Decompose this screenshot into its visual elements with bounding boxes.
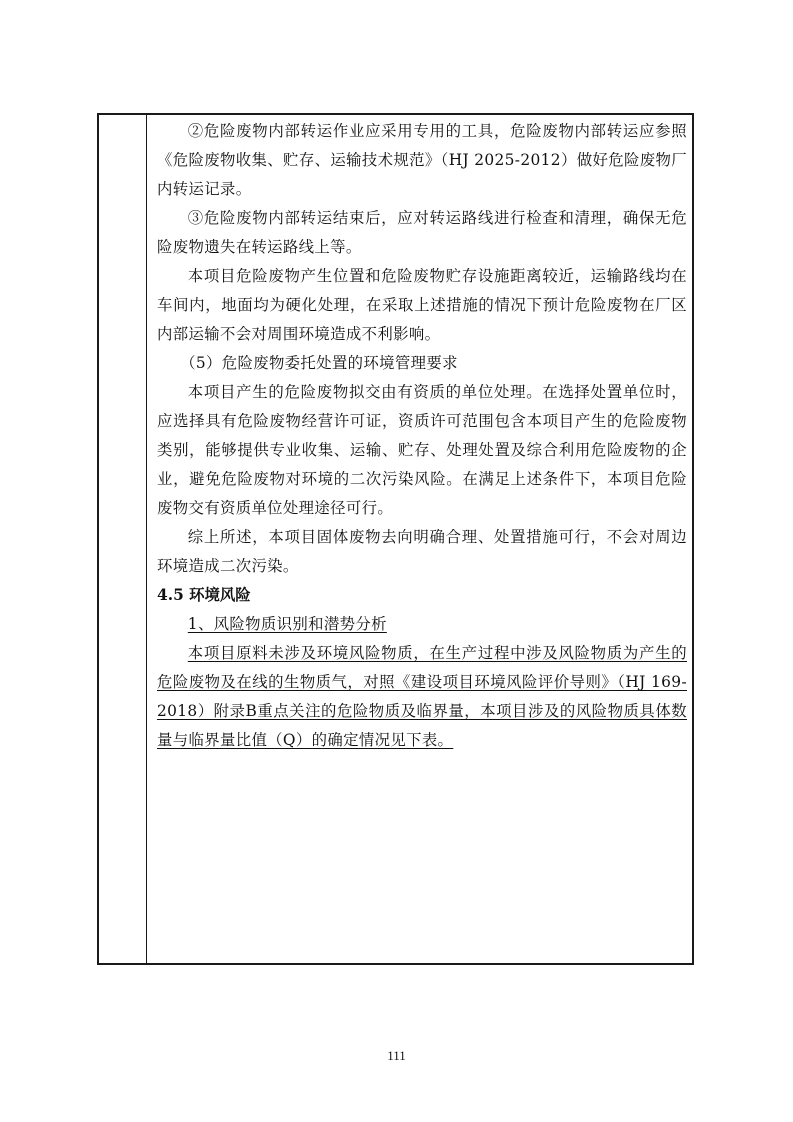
paragraph-transfer-impact: 本项目危险废物产生位置和危险废物贮存设施距离较近，运输路线均在车间内，地面均为硬… [157, 262, 687, 349]
paragraph-risk-substances: 本项目原料未涉及环境风险物质，在生产过程中涉及风险物质为产生的危险废物及在线的生… [157, 639, 687, 755]
subsection-heading-text: 1、风险物质识别和潜势分析 [188, 615, 387, 633]
section-heading-environmental-risk: 4.5 环境风险 [157, 581, 687, 610]
paragraph-transfer-cleanup: ③危险废物内部转运结束后，应对转运路线进行检查和清理，确保无危险废物遗失在转运路… [157, 204, 687, 262]
subsection-heading-risk-identification: 1、风险物质识别和潜势分析 [157, 610, 687, 639]
paragraph-transfer-tools: ②危险废物内部转运作业应采用专用的工具，危险废物内部转运应参照《危险废物收集、贮… [157, 117, 687, 204]
table-content-cell: ②危险废物内部转运作业应采用专用的工具，危险废物内部转运应参照《危险废物收集、贮… [157, 117, 687, 755]
paragraph-summary: 综上所述，本项目固体废物去向明确合理、处置措施可行，不会对周边环境造成二次污染。 [157, 523, 687, 581]
subheading-entrusted-disposal: （5）危险废物委托处置的环境管理要求 [157, 349, 687, 378]
page-number: 111 [0, 1048, 793, 1064]
table-label-column [99, 115, 147, 963]
content-table: ②危险废物内部转运作业应采用专用的工具，危险废物内部转运应参照《危险废物收集、贮… [97, 113, 694, 965]
risk-substances-text: 本项目原料未涉及环境风险物质，在生产过程中涉及风险物质为产生的危险废物及在线的生… [157, 644, 687, 749]
paragraph-qualified-disposal: 本项目产生的危险废物拟交由有资质的单位处理。在选择处置单位时，应选择具有危险废物… [157, 378, 687, 523]
